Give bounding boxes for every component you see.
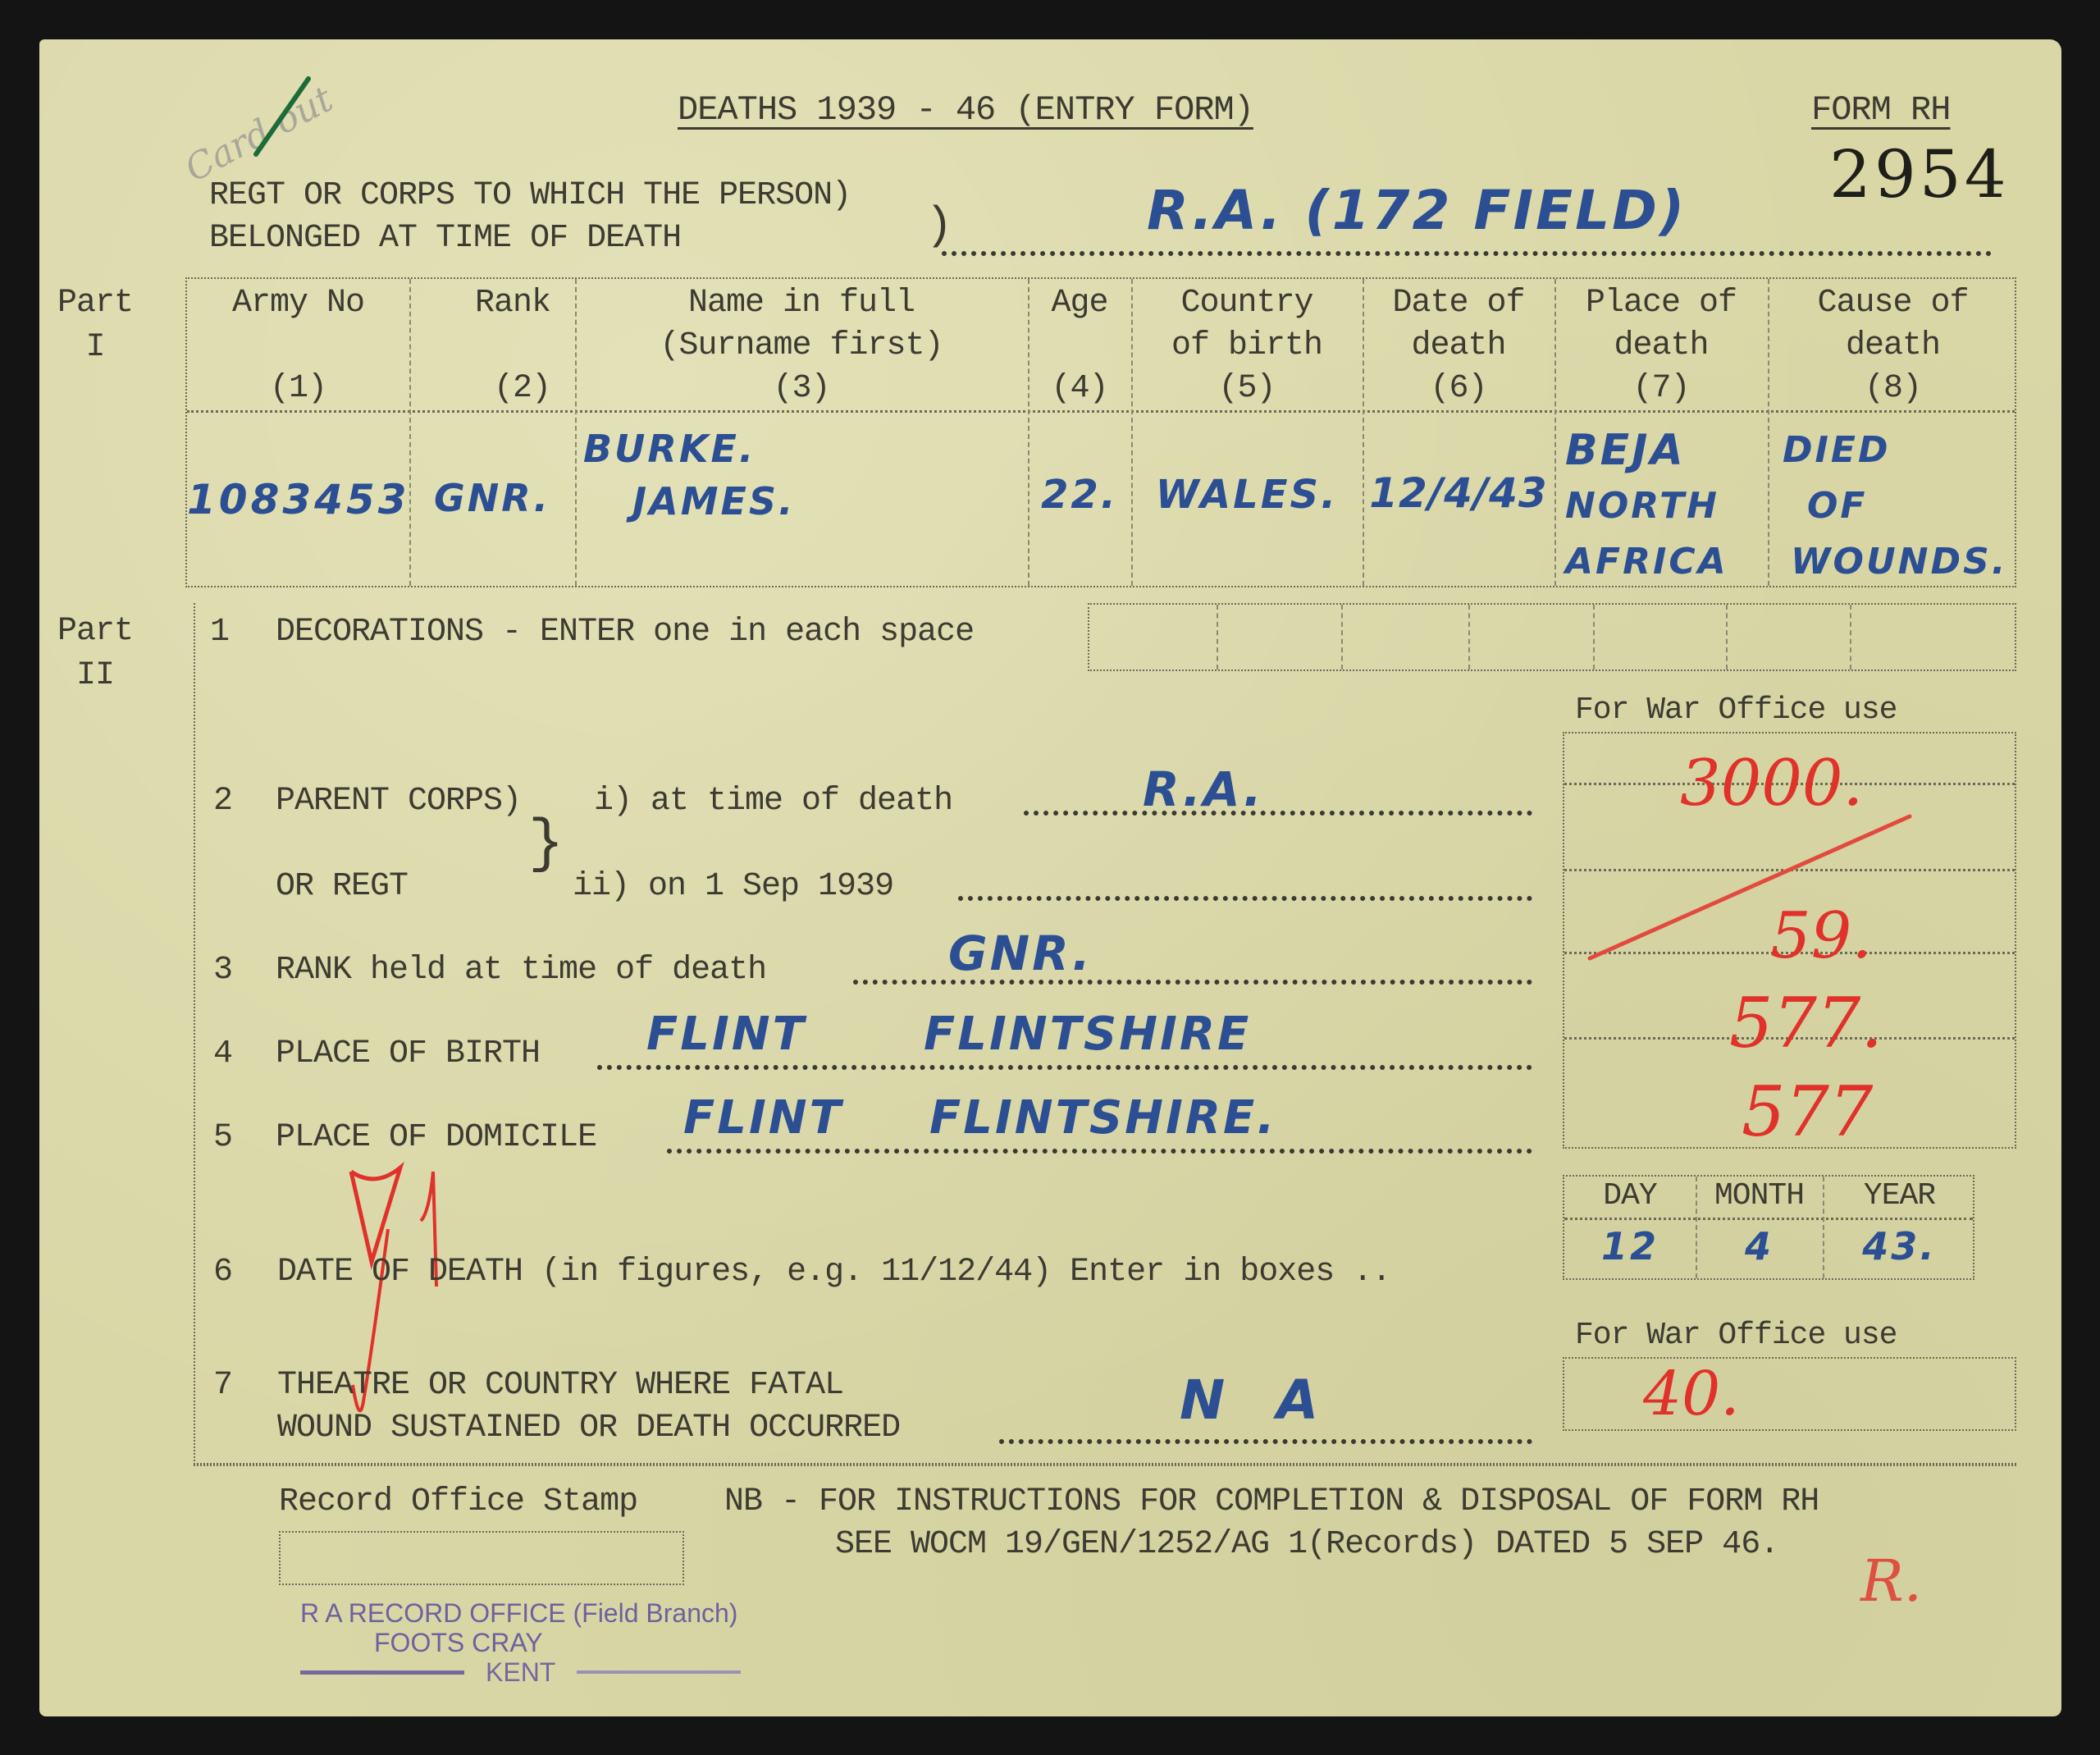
brace-glyph: ) [925, 199, 952, 252]
col-header-rank: Rank (2) [409, 282, 575, 410]
col-header-cause: Cause ofdeath(8) [1768, 282, 2018, 410]
parent-corps-label-line1: PARENT CORPS) [276, 783, 521, 820]
place-of-domicile-num: 5 [213, 1119, 232, 1156]
form-label: FORM RH [1811, 90, 1950, 130]
part2-label-line2: II [57, 654, 133, 698]
stamp-rule-left [300, 1670, 464, 1675]
country-of-birth-value[interactable]: WALES. [1131, 472, 1363, 518]
parent-corps-i-dotted-line [1024, 811, 1532, 816]
col-header-place: Place ofdeath(7) [1554, 282, 1768, 410]
record-office-stamp: R A RECORD OFFICE (Field Branch) FOOTS C… [300, 1598, 741, 1687]
parent-corps-label-line2: OR REGT [276, 868, 408, 905]
war-office-use-label-2: For War Office use [1575, 1318, 1897, 1353]
regiment-value[interactable]: R.A. (172 FIELD) [1147, 179, 1687, 242]
decorations-num: 1 [210, 614, 229, 651]
date-of-death-label: DATE OF DEATH (in figures, e.g. 11/12/44… [277, 1254, 1390, 1291]
footer-red-initials: R. [1860, 1547, 1922, 1615]
footer-divider [194, 1465, 2016, 1466]
parent-corps-sub-i-label: i) at time of death [594, 783, 952, 820]
place-of-domicile-dotted-line [667, 1149, 1532, 1154]
regiment-label-line2: BELONGED AT TIME OF DEATH [209, 220, 681, 257]
date-of-death-num: 6 [213, 1254, 232, 1291]
date-of-death-value[interactable]: 12/4/43 [1363, 469, 1554, 517]
name-value[interactable]: BURKE. JAMES. [583, 423, 796, 528]
date-header-month: MONTH [1696, 1178, 1823, 1213]
decorations-boxes [1088, 603, 2016, 671]
col-header-army-no: Army No (1) [187, 282, 409, 410]
parent-corps-at-death-value[interactable]: R.A. [1143, 761, 1264, 817]
record-office-stamp-label: Record Office Stamp [279, 1483, 637, 1520]
part2-label-line1: Part [57, 610, 133, 654]
form-title: DEATHS 1939 - 46 (ENTRY FORM) [678, 90, 1253, 130]
instructions-note-line1: NB - FOR INSTRUCTIONS FOR COMPLETION & D… [724, 1483, 1819, 1520]
date-year-value[interactable]: 43. [1823, 1224, 1976, 1268]
war-office-use-label-1: For War Office use [1575, 692, 1897, 728]
regiment-dotted-line [942, 251, 1992, 256]
war-office-box-2 [1563, 1357, 2016, 1431]
army-number-value[interactable]: 1083453 [187, 476, 409, 523]
place-of-birth-town[interactable]: FLINT [646, 1008, 806, 1061]
place-of-domicile-town[interactable]: FLINT [683, 1091, 843, 1145]
date-month-value[interactable]: 4 [1696, 1224, 1823, 1268]
place-of-domicile-county[interactable]: FLINTSHIRE. [929, 1091, 1277, 1145]
date-of-death-boxes: DAY MONTH YEAR 12 4 43. [1563, 1175, 1974, 1280]
parent-corps-num: 2 [213, 783, 232, 820]
war-office-code-3[interactable]: 59. [1770, 899, 1872, 973]
part1-label-line2: I [57, 326, 133, 370]
date-header-year: YEAR [1823, 1178, 1976, 1213]
date-day-value[interactable]: 12 [1564, 1224, 1696, 1268]
war-office-code-5[interactable]: 577 [1742, 1072, 1873, 1152]
theatre-num: 7 [213, 1367, 232, 1404]
stamp-line3: KENT [486, 1657, 555, 1687]
age-value[interactable]: 22. [1028, 472, 1131, 518]
place-of-birth-county[interactable]: FLINTSHIRE [924, 1008, 1251, 1061]
regiment-label-line1: REGT OR CORPS TO WHICH THE PERSON) [209, 177, 851, 214]
cause-of-death-value[interactable]: DIED OF WOUNDS. [1774, 423, 2007, 590]
death-entry-form-card: Card out DEATHS 1939 - 46 (ENTRY FORM) F… [39, 39, 2061, 1716]
instructions-note-line2: SEE WOCM 19/GEN/1252/AG 1(Records) DATED… [835, 1526, 1778, 1563]
part1-label: Part I [57, 281, 133, 370]
place-of-birth-num: 4 [213, 1035, 232, 1072]
rank-held-num: 3 [213, 952, 232, 989]
part1-label-line1: Part [57, 281, 133, 326]
stamp-rule-right [577, 1670, 741, 1674]
theatre-label-line1: THEATRE OR COUNTRY WHERE FATAL [277, 1367, 843, 1404]
parent-corps-ii-dotted-line[interactable] [958, 896, 1532, 901]
stamp-line1: R A RECORD OFFICE (Field Branch) [300, 1598, 741, 1628]
theatre-dotted-line [999, 1439, 1532, 1444]
part1-table: Army No (1) Rank (2) Name in full(Surnam… [185, 277, 2016, 587]
record-office-stamp-box [279, 1531, 684, 1585]
red-strikethrough-line [1582, 807, 1926, 971]
date-header-day: DAY [1564, 1178, 1696, 1213]
rank-value[interactable]: GNR. [409, 476, 575, 520]
parent-corps-sub-ii-label: ii) on 1 Sep 1939 [573, 868, 893, 905]
theatre-value[interactable]: N A [1180, 1369, 1335, 1432]
theatre-label-line2: WOUND SUSTAINED OR DEATH OCCURRED [277, 1410, 900, 1447]
war-office-code-2[interactable]: 40. [1643, 1359, 1740, 1429]
place-of-death-value[interactable]: BEJA NORTH AFRICA [1565, 423, 1728, 590]
place-of-birth-label: PLACE OF BIRTH [276, 1035, 540, 1072]
part2-label: Part II [57, 610, 133, 698]
brace-glyph: } [528, 811, 563, 878]
col-header-date: Date ofdeath(6) [1363, 282, 1554, 410]
rank-held-label: RANK held at time of death [276, 952, 766, 989]
stamp-line2: FOOTS CRAY [300, 1628, 741, 1657]
col-header-age: Age (4) [1028, 282, 1131, 410]
war-office-code-4[interactable]: 577. [1729, 983, 1883, 1063]
col-header-country: Countryof birth(5) [1131, 282, 1363, 410]
rank-held-value[interactable]: GNR. [948, 925, 1093, 981]
place-of-birth-dotted-line [597, 1065, 1532, 1070]
form-number: 2954 [1829, 136, 2010, 213]
col-header-name: Name in full(Surname first)(3) [575, 282, 1028, 410]
decorations-label: DECORATIONS - ENTER one in each space [276, 614, 974, 651]
green-tick-icon [244, 72, 318, 162]
